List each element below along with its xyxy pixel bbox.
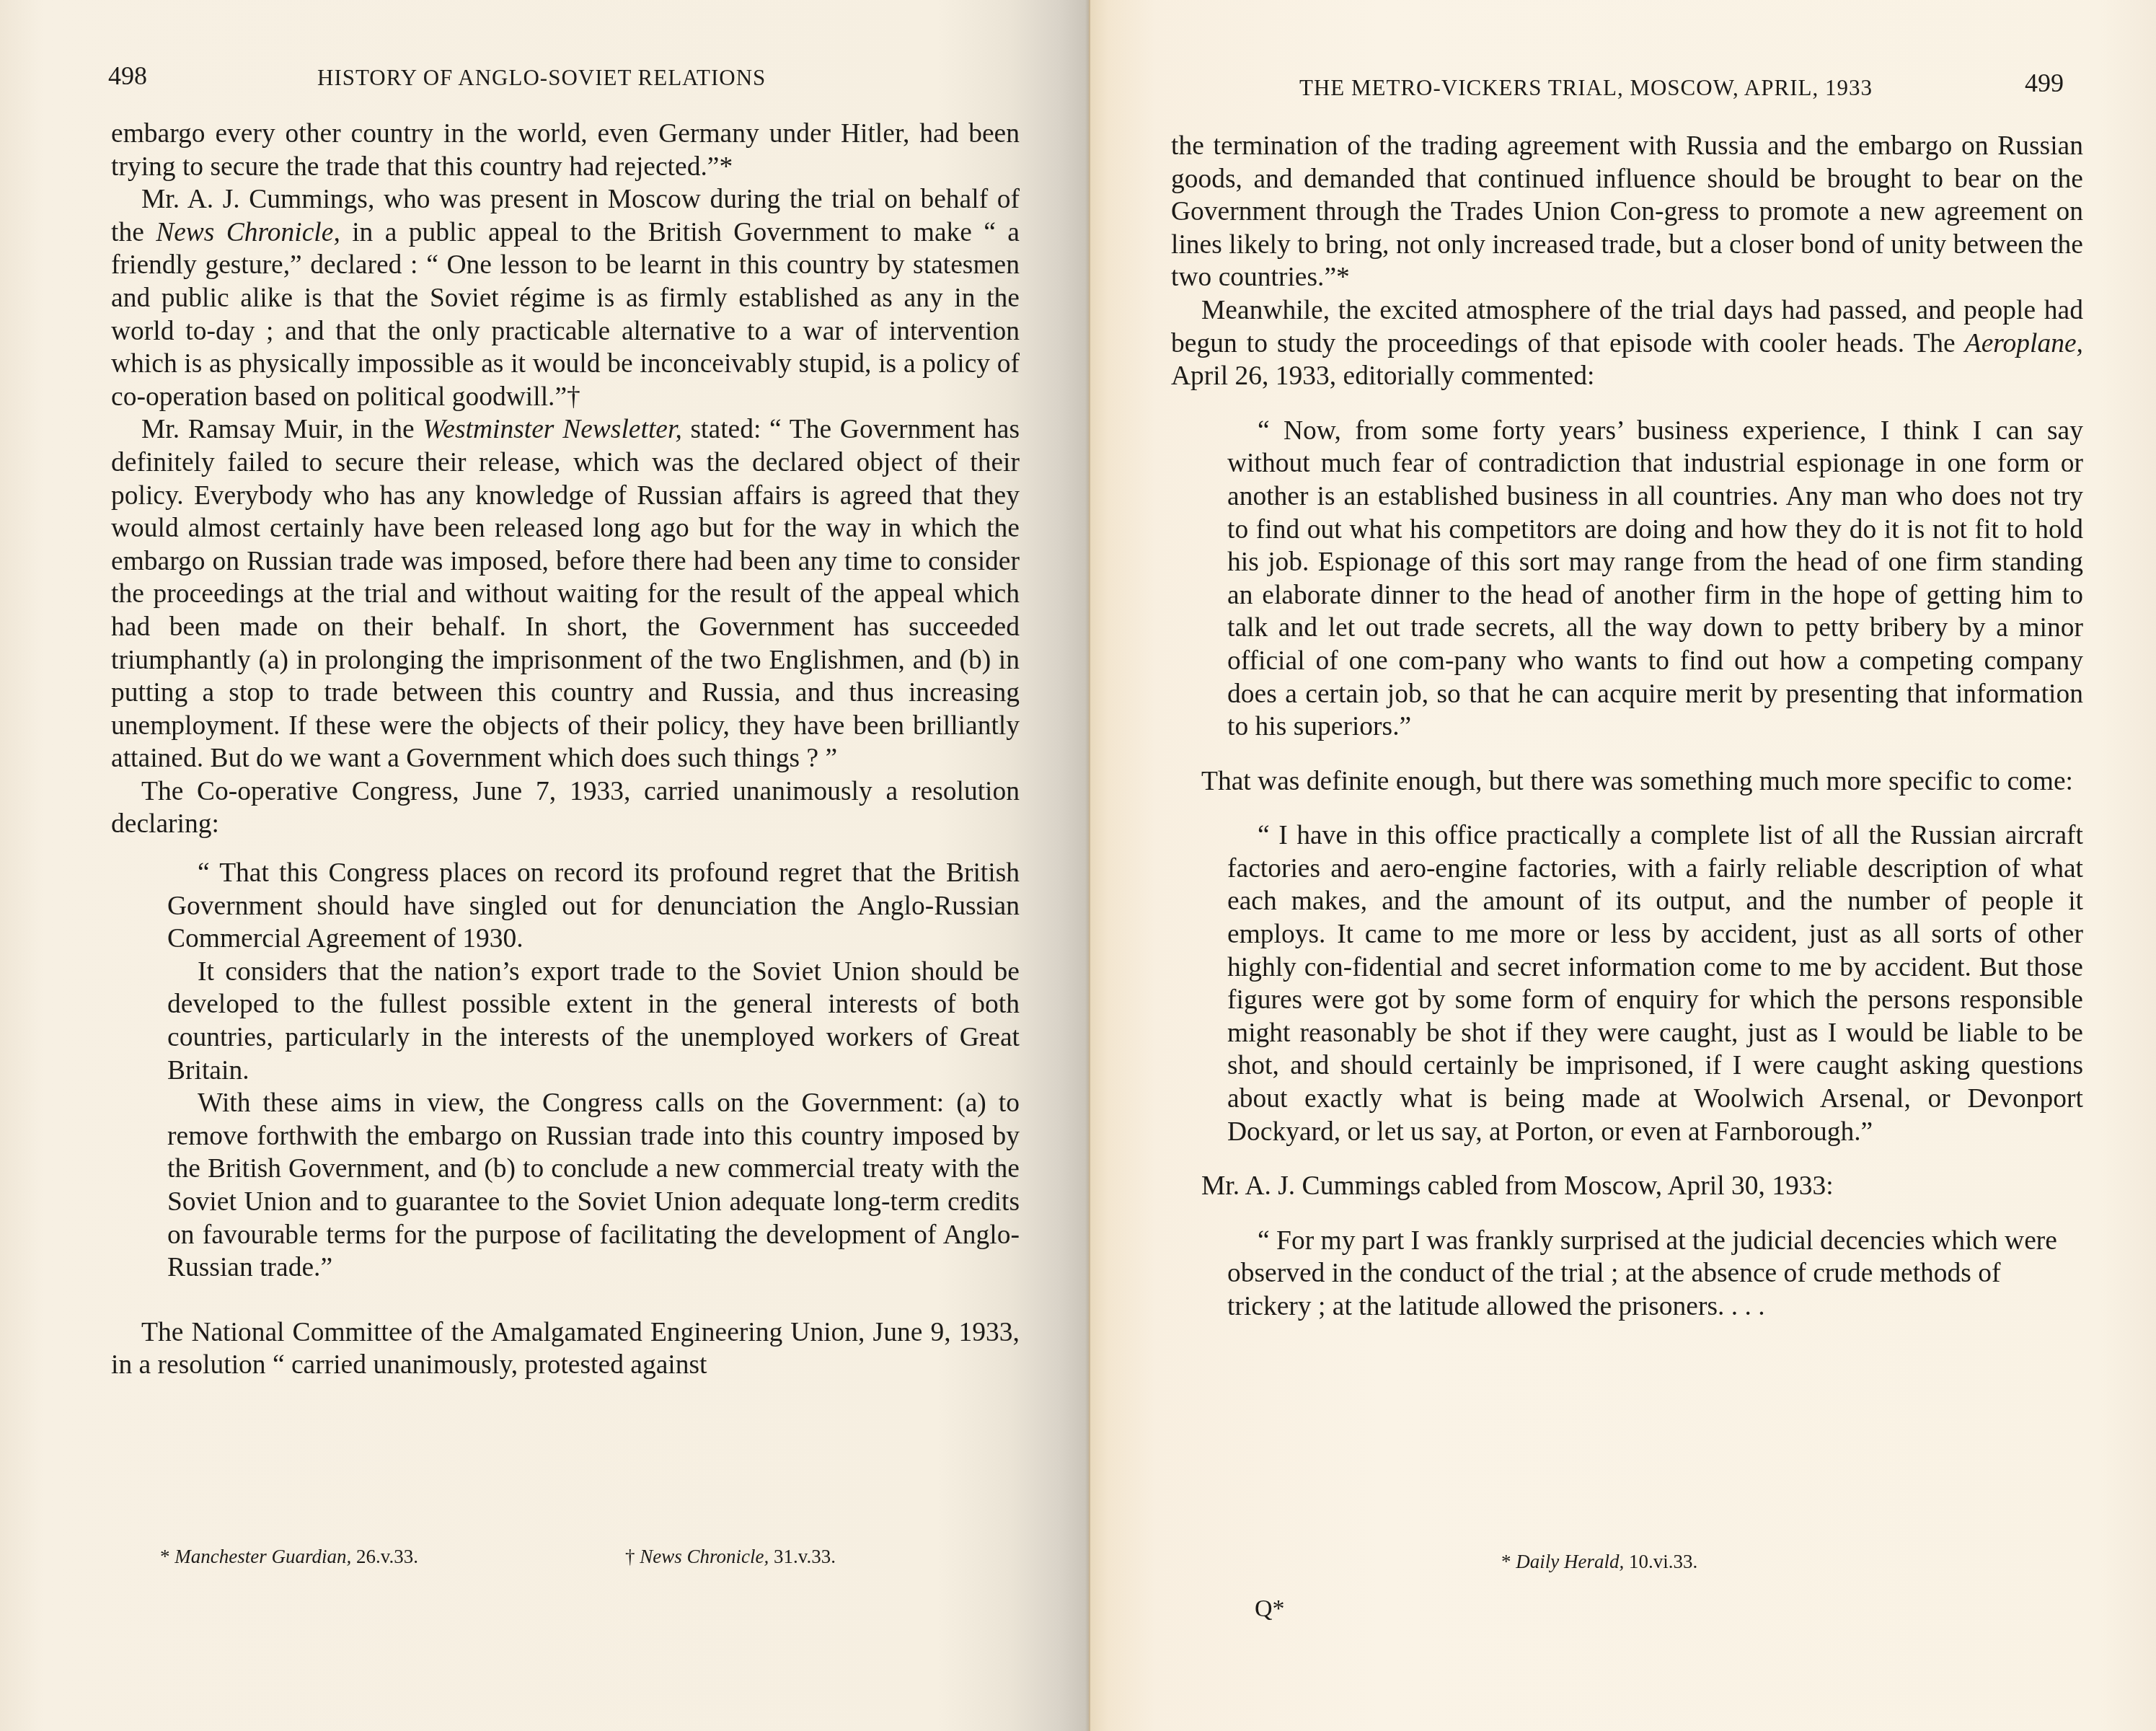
signature-mark: Q* — [1255, 1595, 1285, 1623]
footnotes-right: * Daily Herald, 10.vi.33. — [1501, 1551, 1697, 1573]
paragraph-aeu: The National Committee of the Amalgamate… — [111, 1316, 1020, 1382]
page-number-right: 499 — [2025, 68, 2064, 98]
footnote: * Manchester Guardian, 26.v.33. — [160, 1546, 418, 1568]
footnotes-left: * Manchester Guardian, 26.v.33. † News C… — [160, 1546, 1025, 1574]
paragraph-muir: Mr. Ramsay Muir, in the Westminster News… — [111, 413, 1020, 775]
paragraph-meanwhile: Meanwhile, the excited atmosphere of the… — [1171, 294, 2083, 393]
left-page: 498 HISTORY OF ANGLO-SOVIET RELATIONS em… — [0, 0, 1090, 1731]
footnote: † News Chronicle, 31.v.33. — [625, 1546, 836, 1568]
publication-title: Aeroplane, — [1965, 329, 2083, 358]
paragraph-cummings: Mr. A. J. Cummings, who was present in M… — [111, 183, 1020, 413]
running-head-right: THE METRO-VICKERS TRIAL, MOSCOW, APRIL, … — [1299, 75, 1873, 101]
running-head-left: HISTORY OF ANGLO-SOVIET RELATIONS — [317, 65, 766, 91]
publication-title: Westminster Newsletter, — [423, 415, 681, 444]
publication-title: News Chronicle, — [156, 218, 340, 247]
right-page: THE METRO-VICKERS TRIAL, MOSCOW, APRIL, … — [1090, 0, 2156, 1731]
block-quote-aeroplane: “ Now, from some forty years’ business e… — [1227, 415, 2083, 744]
block-quote-aircraft: “ I have in this office practically a co… — [1227, 819, 2083, 1148]
paragraph-definite: That was definite enough, but there was … — [1171, 765, 2083, 798]
block-quote: It considers that the nation’s export tr… — [167, 956, 1020, 1087]
paragraph: the termination of the trading agreement… — [1171, 130, 2083, 294]
block-quote: “ That this Congress places on record it… — [167, 857, 1020, 956]
block-quote: With these aims in view, the Congress ca… — [167, 1087, 1020, 1285]
page-number-left: 498 — [108, 61, 147, 91]
paragraph: embargo every other country in the world… — [111, 118, 1020, 183]
right-body: the termination of the trading agreement… — [1171, 130, 2083, 1323]
paragraph-cooperative-congress: The Co-operative Congress, June 7, 1933,… — [111, 775, 1020, 841]
book-spread: 498 HISTORY OF ANGLO-SOVIET RELATIONS em… — [0, 0, 2156, 1731]
paragraph-cable: Mr. A. J. Cummings cabled from Moscow, A… — [1171, 1170, 2083, 1203]
footnote: * Daily Herald, 10.vi.33. — [1501, 1551, 1697, 1572]
block-quote-cable: “ For my part I was frankly surprised at… — [1227, 1225, 2083, 1323]
left-body: embargo every other country in the world… — [111, 118, 1020, 1382]
